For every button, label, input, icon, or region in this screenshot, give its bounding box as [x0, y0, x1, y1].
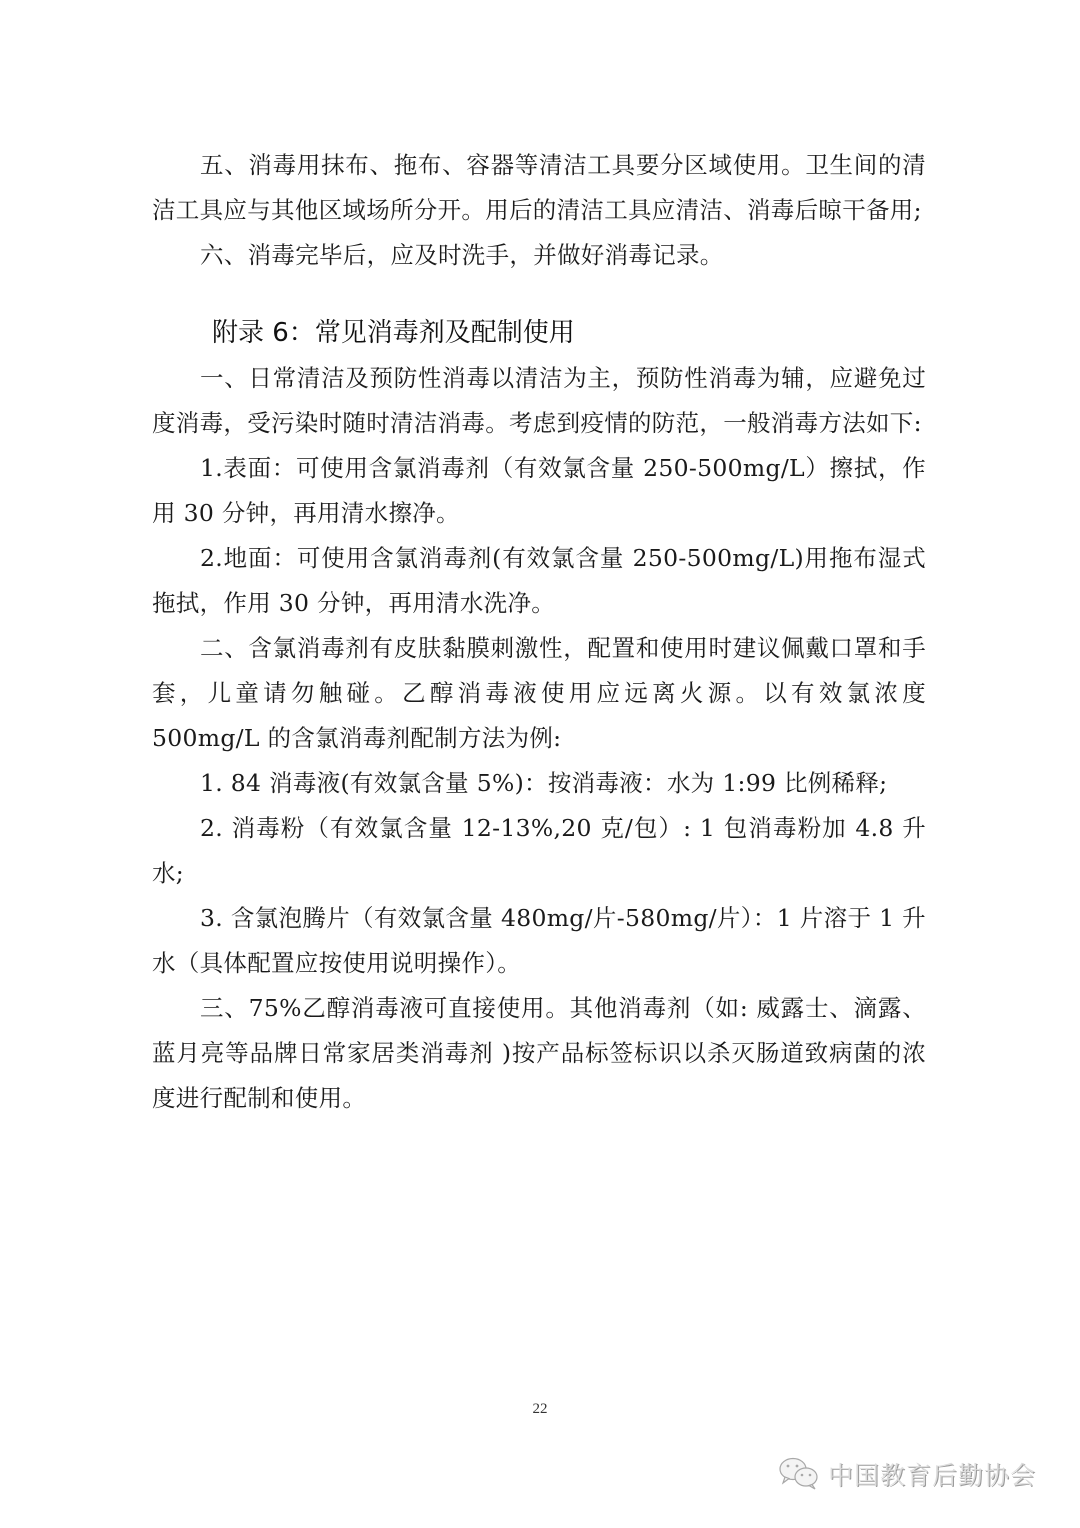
- watermark-text: 中国教育后勤协会: [828, 1456, 1036, 1492]
- appendix-heading: 附录 6：常见消毒剂及配制使用: [152, 311, 926, 356]
- document-page: 五、消毒用抹布、拖布、容器等清洁工具要分区域使用。卫生间的清洁工具应与其他区域场…: [152, 143, 926, 1121]
- paragraph-daily-cleaning: 一、日常清洁及预防性消毒以清洁为主，预防性消毒为辅，应避免过度消毒，受污染时随时…: [152, 356, 926, 446]
- paragraph-chlorine-safety: 二、含氯消毒剂有皮肤黏膜刺激性，配置和使用时建议佩戴口罩和手套，儿童请勿触碰。乙…: [152, 626, 926, 761]
- paragraph-84-disinfectant: 1. 84 消毒液(有效氯含量 5%)：按消毒液：水为 1:99 比例稀释;: [152, 761, 926, 806]
- paragraph-ethanol: 三、75%乙醇消毒液可直接使用。其他消毒剂（如: 威露士、滴露、蓝月亮等品牌日常…: [152, 986, 926, 1121]
- paragraph-cleaning-tools: 五、消毒用抹布、拖布、容器等清洁工具要分区域使用。卫生间的清洁工具应与其他区域场…: [152, 143, 926, 233]
- paragraph-hand-washing: 六、消毒完毕后，应及时洗手，并做好消毒记录。: [152, 233, 926, 278]
- paragraph-effervescent-tablet: 3. 含氯泡腾片（有效氯含量 480mg/片-580mg/片）：1 片溶于 1 …: [152, 896, 926, 986]
- paragraph-surface: 1.表面：可使用含氯消毒剂（有效氯含量 250-500mg/L）擦拭，作用 30…: [152, 446, 926, 536]
- paragraph-disinfectant-powder: 2. 消毒粉（有效氯含量 12-13%,20 克/包）: 1 包消毒粉加 4.8…: [152, 806, 926, 896]
- paragraph-floor: 2.地面：可使用含氯消毒剂(有效氯含量 250-500mg/L)用拖布湿式拖拭，…: [152, 536, 926, 626]
- page-number: 22: [0, 1401, 1080, 1418]
- wechat-icon: [778, 1456, 822, 1492]
- watermark: 中国教育后勤协会: [778, 1456, 1036, 1492]
- section-spacer: [152, 278, 926, 311]
